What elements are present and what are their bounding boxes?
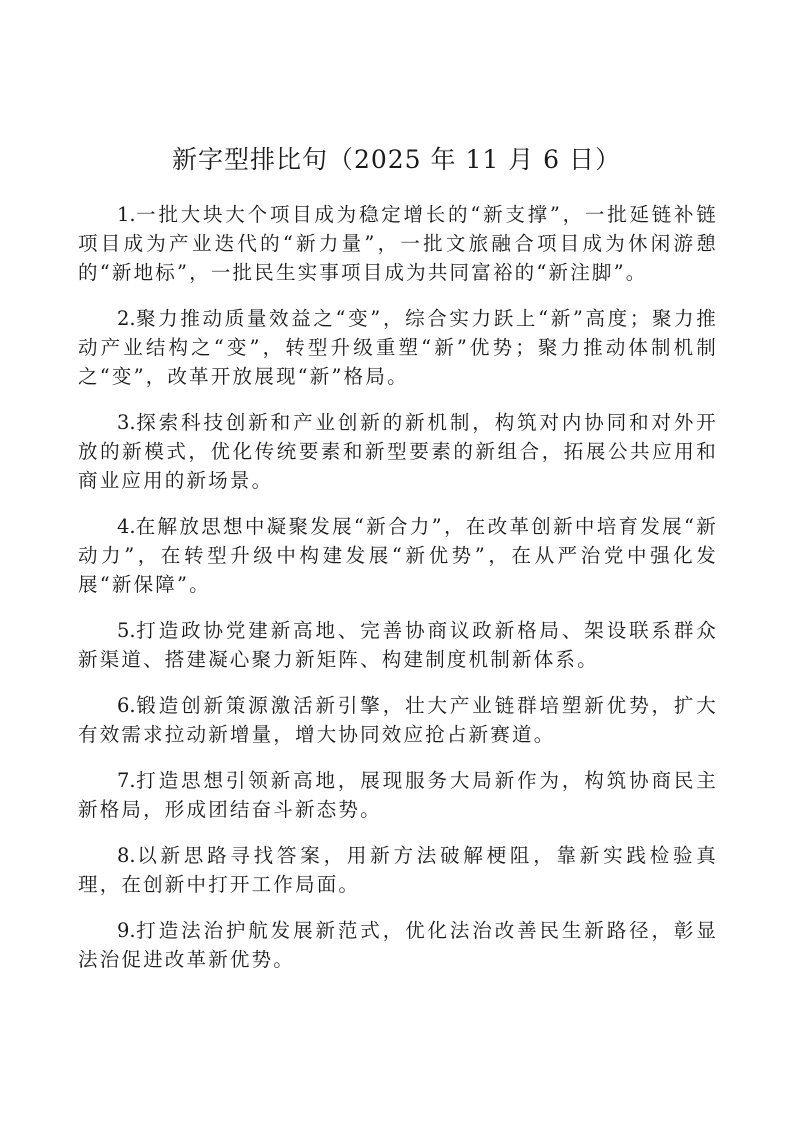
paragraph-text: 锻造创新策源激活新引擎，壮大产业链群培塑新优势，扩大有效需求拉动新增量，增大协同… xyxy=(78,694,718,746)
paragraph-text: 以新思路寻找答案，用新方法破解梗阻，靠新实践检验真理，在创新中打开工作局面。 xyxy=(78,844,718,896)
paragraph-6: 6.锻造创新策源激活新引擎，壮大产业链群培塑新优势，扩大有效需求拉动新增量，增大… xyxy=(78,691,718,749)
paragraph-1: 1.一批大块大个项目成为稳定增长的“新支撑”，一批延链补链项目成为产业迭代的“新… xyxy=(78,200,718,287)
paragraph-text: 在解放思想中凝聚发展“新合力”，在改革创新中培育发展“新动力”，在转型升级中构建… xyxy=(78,515,718,596)
paragraph-number: 9. xyxy=(117,919,136,942)
paragraph-number: 2. xyxy=(117,307,136,330)
paragraph-number: 8. xyxy=(117,844,136,867)
paragraph-text: 打造政协党建新高地、完善协商议政新格局、架设联系群众新渠道、搭建凝心聚力新矩阵、… xyxy=(78,619,718,671)
paragraph-number: 3. xyxy=(117,411,136,434)
paragraph-number: 7. xyxy=(117,769,136,792)
paragraph-number: 4. xyxy=(117,515,136,538)
paragraph-text: 打造思想引领新高地，展现服务大局新作为，构筑协商民主新格局，形成团结奋斗新态势。 xyxy=(78,769,718,821)
paragraph-text: 探索科技创新和产业创新的新机制，构筑对内协同和对外开放的新模式，优化传统要素和新… xyxy=(78,411,718,492)
paragraph-text: 聚力推动质量效益之“变”，综合实力跃上“新”高度；聚力推动产业结构之“变”，转型… xyxy=(78,307,718,388)
paragraph-number: 5. xyxy=(117,619,136,642)
paragraph-5: 5.打造政协党建新高地、完善协商议政新格局、架设联系群众新渠道、搭建凝心聚力新矩… xyxy=(78,616,718,674)
paragraph-2: 2.聚力推动质量效益之“变”，综合实力跃上“新”高度；聚力推动产业结构之“变”，… xyxy=(78,304,718,391)
document-body: 1.一批大块大个项目成为稳定增长的“新支撑”，一批延链补链项目成为产业迭代的“新… xyxy=(78,200,718,991)
paragraph-7: 7.打造思想引领新高地，展现服务大局新作为，构筑协商民主新格局，形成团结奋斗新态… xyxy=(78,766,718,824)
paragraph-text: 一批大块大个项目成为稳定增长的“新支撑”，一批延链补链项目成为产业迭代的“新力量… xyxy=(78,203,718,284)
paragraph-4: 4.在解放思想中凝聚发展“新合力”，在改革创新中培育发展“新动力”，在转型升级中… xyxy=(78,512,718,599)
paragraph-9: 9.打造法治护航发展新范式，优化法治改善民生新路径，彰显法治促进改革新优势。 xyxy=(78,916,718,974)
document-title: 新字型排比句（2025 年 11 月 6 日） xyxy=(0,140,793,180)
paragraph-number: 1. xyxy=(117,203,136,226)
paragraph-text: 打造法治护航发展新范式，优化法治改善民生新路径，彰显法治促进改革新优势。 xyxy=(78,919,718,971)
document-page: 新字型排比句（2025 年 11 月 6 日） 1.一批大块大个项目成为稳定增长… xyxy=(0,0,793,1121)
paragraph-number: 6. xyxy=(117,694,136,717)
paragraph-8: 8.以新思路寻找答案，用新方法破解梗阻，靠新实践检验真理，在创新中打开工作局面。 xyxy=(78,841,718,899)
paragraph-3: 3.探索科技创新和产业创新的新机制，构筑对内协同和对外开放的新模式，优化传统要素… xyxy=(78,408,718,495)
